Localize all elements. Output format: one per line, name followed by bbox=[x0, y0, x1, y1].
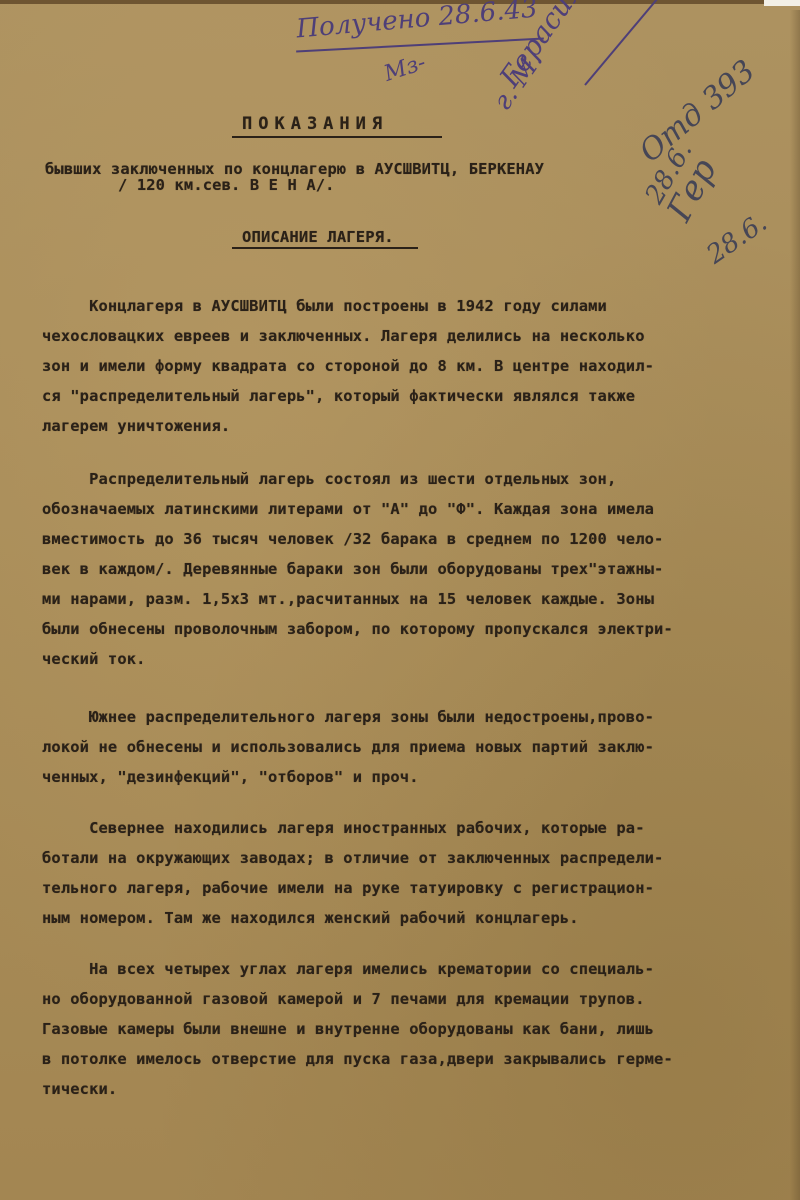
section-heading: ОПИСАНИЕ ЛАГЕРЯ. bbox=[242, 228, 394, 246]
handwritten-underline bbox=[296, 38, 544, 53]
handwritten-addressee-prefix: г. М. bbox=[487, 46, 549, 116]
body-text-line: ным номером. Там же находился женский ра… bbox=[42, 909, 579, 927]
body-text-line: были обнесены проволочным забором, по ко… bbox=[42, 620, 673, 638]
handwritten-slash-line bbox=[584, 0, 676, 86]
body-text-line: ми нарами, разм. 1,5х3 мт.,расчитанных н… bbox=[42, 590, 654, 608]
body-text-line: тельного лагеря, рабочие имели на руке т… bbox=[42, 879, 654, 897]
body-text-line: век в каждом/. Деревянные бараки зон был… bbox=[42, 560, 663, 578]
handwritten-date-1: 28.6. bbox=[640, 137, 699, 209]
document-title: ПОКАЗАНИЯ bbox=[242, 114, 388, 134]
handwritten-date-2: 28.6. bbox=[701, 208, 772, 271]
body-text-line: ческий ток. bbox=[42, 650, 146, 668]
body-text-line: На всех четырех углах лагеря имелись кре… bbox=[42, 960, 654, 978]
body-text-line: ся "распределительный лагерь", который ф… bbox=[42, 387, 635, 405]
subtitle-line: / 120 км.сев. В Е Н А/. bbox=[118, 176, 335, 194]
title-underline bbox=[232, 136, 442, 138]
right-page-edge bbox=[790, 10, 800, 1200]
body-text-line: ботали на окружающих заводах; в отличие … bbox=[42, 849, 663, 867]
document-page: Получено 28.6.43 Мз- г. М. Герасимову От… bbox=[0, 0, 800, 1200]
body-text-line: ченных, "дезинфекций", "отборов" и проч. bbox=[42, 768, 419, 786]
body-text-line: Распределительный лагерь состоял из шест… bbox=[42, 470, 616, 488]
body-text-line: тически. bbox=[42, 1080, 117, 1098]
body-text-line: лагерем уничтожения. bbox=[42, 417, 230, 435]
body-text-line: в потолке имелось отверстие для пуска га… bbox=[42, 1050, 673, 1068]
body-text-line: Концлагеря в АУСШВИТЦ были построены в 1… bbox=[42, 297, 607, 315]
body-text-line: зон и имели форму квадрата со стороной д… bbox=[42, 357, 654, 375]
body-text-line: Южнее распределительного лагеря зоны был… bbox=[42, 708, 654, 726]
heading-underline bbox=[232, 247, 418, 249]
body-text-line: но оборудованной газовой камерой и 7 печ… bbox=[42, 990, 645, 1008]
handwritten-addressee: Герасимову bbox=[493, 0, 621, 93]
body-text-line: вместимость до 36 тысяч человек /32 бара… bbox=[42, 530, 663, 548]
body-text-line: чехословацких евреев и заключенных. Лаге… bbox=[42, 327, 645, 345]
handwritten-signature: Гер bbox=[659, 152, 725, 228]
top-edge-band bbox=[0, 0, 800, 4]
body-text-line: обозначаемых латинскими литерами от "А" … bbox=[42, 500, 654, 518]
handwritten-received-stamp: Получено 28.6.43 bbox=[295, 0, 539, 44]
handwritten-ref-number: Отд 393 bbox=[633, 53, 762, 169]
body-text-line: Газовые камеры были внешне и внутренне о… bbox=[42, 1020, 654, 1038]
body-text-line: Севернее находились лагеря иностранных р… bbox=[42, 819, 645, 837]
handwritten-initials: Мз- bbox=[381, 50, 429, 87]
body-text-line: локой не обнесены и использовались для п… bbox=[42, 738, 654, 756]
